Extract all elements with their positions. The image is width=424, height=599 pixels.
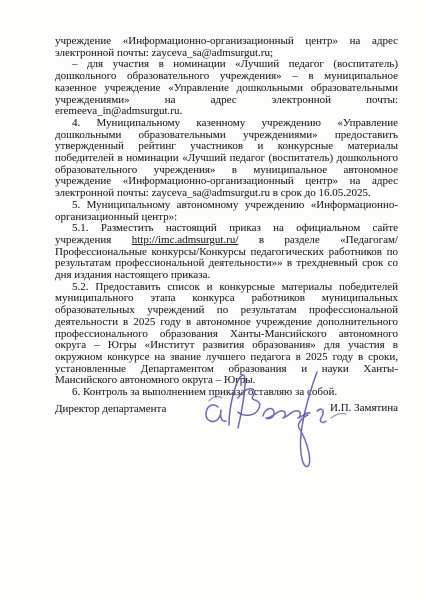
site-url-link[interactable]: http://imc.admsurgut.ru/ xyxy=(132,234,239,246)
paragraph-continuation: учреждение «Информационно-организационны… xyxy=(55,36,398,59)
paragraph-item-4: 4. Муниципальному казенному учреждению «… xyxy=(55,118,398,200)
document-body: учреждение «Информационно-организационны… xyxy=(55,36,398,399)
signature-dash-stroke xyxy=(331,414,346,419)
signature-wave-stroke xyxy=(263,409,310,419)
signature-a-stroke xyxy=(206,405,226,422)
paragraph-item-5-1: 5.1. Разместить настоящий приказ на офиц… xyxy=(55,223,398,282)
paragraph-item-6: 6. Контроль за выполнением приказа остав… xyxy=(55,387,398,399)
scanned-order-page: учреждение «Информационно-организационны… xyxy=(0,0,424,599)
paragraph-item-5: 5. Муниципальному автономному учреждению… xyxy=(55,200,398,223)
paragraph-dash-item: – для участия в номинации «Лучший педаго… xyxy=(55,59,398,118)
signature-curl-stroke xyxy=(317,409,326,422)
signatory-position-title: Директор департамента xyxy=(55,403,166,415)
paragraph-item-5-2: 5.2. Предоставить список и конкурсные ма… xyxy=(55,282,398,387)
signatory-name: И.П. Замятина xyxy=(330,402,398,414)
